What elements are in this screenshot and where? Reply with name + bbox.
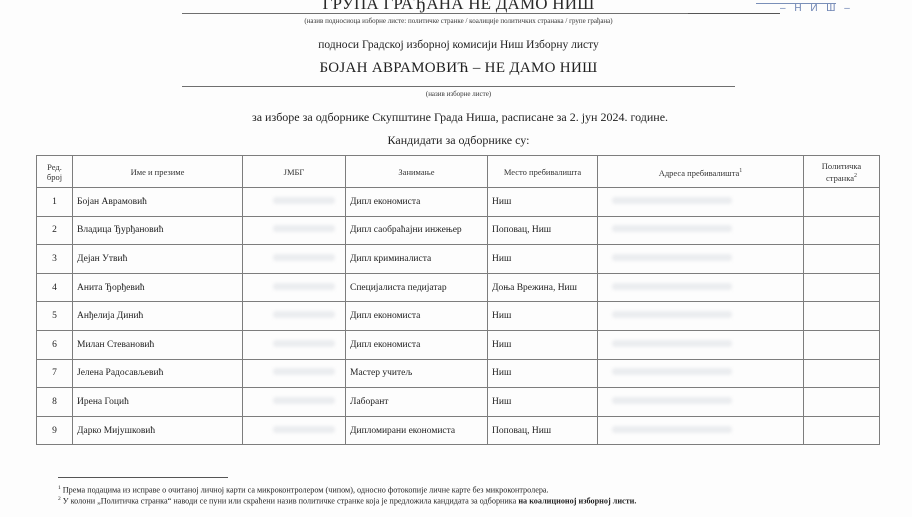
candidates-table: Ред. бројИме и презимеЈМБГЗанимањеМесто …: [36, 155, 880, 445]
redacted-jmbg-cell: [243, 330, 346, 359]
column-label: Политичка странка: [822, 161, 861, 183]
cell-num: 2: [37, 216, 73, 245]
column-label: Ред. број: [47, 162, 62, 182]
election-description: за изборе за одборнике Скупштине Града Н…: [120, 110, 800, 125]
redacted-value: [273, 397, 335, 404]
table-row: 4Анита ЂорђевићСпецијалиста педијатарДоњ…: [37, 273, 880, 302]
cell-party: [804, 388, 880, 417]
redacted-value: [273, 254, 335, 261]
cell-party: [804, 416, 880, 445]
cell-name: Милан Стевановић: [73, 330, 243, 359]
footnote-ref: 1: [739, 168, 742, 174]
redacted-value: [612, 426, 732, 433]
submitter-underline: [182, 13, 735, 14]
redacted-value: [612, 225, 732, 232]
redacted-address-cell: [598, 245, 804, 274]
redacted-jmbg-cell: [243, 359, 346, 388]
cell-num: 3: [37, 245, 73, 274]
cell-num: 6: [37, 330, 73, 359]
table-row: 6Милан СтевановићДипл економистаНиш: [37, 330, 880, 359]
footnote-ref: 2: [854, 173, 857, 179]
table-header-row: Ред. бројИме и презимеЈМБГЗанимањеМесто …: [37, 156, 880, 188]
electoral-list-name: БОЈАН АВРАМОВИЋ – НЕ ДАМО НИШ: [182, 60, 735, 77]
column-label: Место пребивалишта: [504, 167, 581, 177]
cell-num: 7: [37, 359, 73, 388]
list-name-underline: [182, 86, 735, 87]
submitter-caption: (назив подносиоца изборне листе: политич…: [182, 17, 735, 25]
cell-num: 4: [37, 273, 73, 302]
footnote-text: У колони „Политичка странка“ наводи се п…: [63, 497, 519, 506]
redacted-jmbg-cell: [243, 416, 346, 445]
cell-party: [804, 216, 880, 245]
cell-occupation: Дипл саобраћајни инжењер: [346, 216, 488, 245]
redacted-value: [273, 283, 335, 290]
cell-residence: Ниш: [488, 330, 598, 359]
footnote-divider: [58, 477, 228, 478]
submitter-name: ГРУПА ГРАЂАНА НЕ ДАМО НИШ: [182, 0, 735, 14]
column-header-residence: Место пребивалишта: [488, 156, 598, 188]
cell-occupation: Дипл економиста: [346, 330, 488, 359]
footnote-text: Према подацима из исправе о очитаној лич…: [63, 486, 549, 495]
redacted-value: [612, 397, 732, 404]
redacted-address-cell: [598, 388, 804, 417]
cell-name: Дарко Мијушковић: [73, 416, 243, 445]
table-row: 2Владица ЂурђановићДипл саобраћајни инже…: [37, 216, 880, 245]
redacted-value: [612, 340, 732, 347]
cell-party: [804, 245, 880, 274]
redacted-address-cell: [598, 188, 804, 217]
column-label: Занимање: [398, 167, 434, 177]
redacted-value: [273, 426, 335, 433]
redacted-address-cell: [598, 416, 804, 445]
cell-name: Анита Ђорђевић: [73, 273, 243, 302]
redacted-jmbg-cell: [243, 188, 346, 217]
stamp-text: – Н И Ш –: [780, 3, 853, 14]
redacted-value: [273, 368, 335, 375]
table-row: 9Дарко МијушковићДипломирани економистаП…: [37, 416, 880, 445]
column-label: ЈМБГ: [284, 167, 305, 177]
redacted-jmbg-cell: [243, 302, 346, 331]
table-row: 3Дејан УтвићДипл криминалистаНиш: [37, 245, 880, 274]
cell-name: Јелена Радосављевић: [73, 359, 243, 388]
cell-residence: Ниш: [488, 188, 598, 217]
cell-residence: Поповац, Ниш: [488, 416, 598, 445]
column-header-address: Адреса пребивалишта1: [598, 156, 804, 188]
redacted-value: [612, 283, 732, 290]
column-header-name: Име и презиме: [73, 156, 243, 188]
cell-num: 5: [37, 302, 73, 331]
redacted-value: [612, 197, 732, 204]
redacted-jmbg-cell: [243, 388, 346, 417]
cell-occupation: Дипломирани економиста: [346, 416, 488, 445]
signature-line: [688, 13, 780, 14]
cell-residence: Ниш: [488, 388, 598, 417]
cell-residence: Доња Врежина, Ниш: [488, 273, 598, 302]
cell-residence: Ниш: [488, 245, 598, 274]
footnote-1: 1Према подацима из исправе о очитаној ли…: [58, 485, 549, 495]
cell-num: 8: [37, 388, 73, 417]
redacted-value: [612, 368, 732, 375]
table-row: 7Јелена РадосављевићМастер учитељНиш: [37, 359, 880, 388]
redacted-jmbg-cell: [243, 216, 346, 245]
official-stamp: – Н И Ш –: [736, 0, 906, 16]
cell-occupation: Лаборант: [346, 388, 488, 417]
column-header-party: Политичка странка2: [804, 156, 880, 188]
cell-residence: Ниш: [488, 359, 598, 388]
cell-occupation: Дипл економиста: [346, 188, 488, 217]
cell-occupation: Дипл криминалиста: [346, 245, 488, 274]
redacted-address-cell: [598, 330, 804, 359]
cell-party: [804, 188, 880, 217]
footnote-marker: 1: [58, 485, 61, 491]
column-header-jmbg: ЈМБГ: [243, 156, 346, 188]
cell-party: [804, 359, 880, 388]
redacted-address-cell: [598, 216, 804, 245]
cell-occupation: Специјалиста педијатар: [346, 273, 488, 302]
column-header-occupation: Занимање: [346, 156, 488, 188]
cell-num: 9: [37, 416, 73, 445]
list-name-caption: (назив изборне листе): [182, 90, 735, 98]
cell-name: Ирена Гоцић: [73, 388, 243, 417]
column-header-number: Ред. број: [37, 156, 73, 188]
redacted-value: [273, 311, 335, 318]
table-body: 1Бојан АврамовићДипл економистаНиш2Влади…: [37, 188, 880, 445]
footnote-bold-tail: на коалиционој изборној листи.: [518, 497, 636, 506]
redacted-value: [273, 340, 335, 347]
footnote-2: 2У колони „Политичка странка“ наводи се …: [58, 496, 636, 506]
table-row: 1Бојан АврамовићДипл економистаНиш: [37, 188, 880, 217]
redacted-value: [612, 311, 732, 318]
candidates-heading: Кандидати за одборнике су:: [182, 133, 735, 148]
column-label: Адреса пребивалишта: [659, 167, 740, 177]
cell-residence: Ниш: [488, 302, 598, 331]
table-row: 8Ирена ГоцићЛаборантНиш: [37, 388, 880, 417]
submits-line: подноси Градској изборној комисији Ниш И…: [182, 39, 735, 51]
cell-occupation: Мастер учитељ: [346, 359, 488, 388]
footnote-marker: 2: [58, 496, 61, 502]
cell-residence: Поповац, Ниш: [488, 216, 598, 245]
cell-party: [804, 302, 880, 331]
cell-name: Дејан Утвић: [73, 245, 243, 274]
redacted-value: [612, 254, 732, 261]
redacted-value: [273, 225, 335, 232]
cell-name: Владица Ђурђановић: [73, 216, 243, 245]
redacted-address-cell: [598, 273, 804, 302]
redacted-value: [273, 197, 335, 204]
cell-occupation: Дипл економиста: [346, 302, 488, 331]
redacted-address-cell: [598, 302, 804, 331]
redacted-jmbg-cell: [243, 245, 346, 274]
column-label: Име и презиме: [131, 167, 185, 177]
cell-name: Анђелија Динић: [73, 302, 243, 331]
cell-party: [804, 330, 880, 359]
cell-num: 1: [37, 188, 73, 217]
table-row: 5Анђелија ДинићДипл економистаНиш: [37, 302, 880, 331]
redacted-address-cell: [598, 359, 804, 388]
redacted-jmbg-cell: [243, 273, 346, 302]
cell-name: Бојан Аврамовић: [73, 188, 243, 217]
cell-party: [804, 273, 880, 302]
